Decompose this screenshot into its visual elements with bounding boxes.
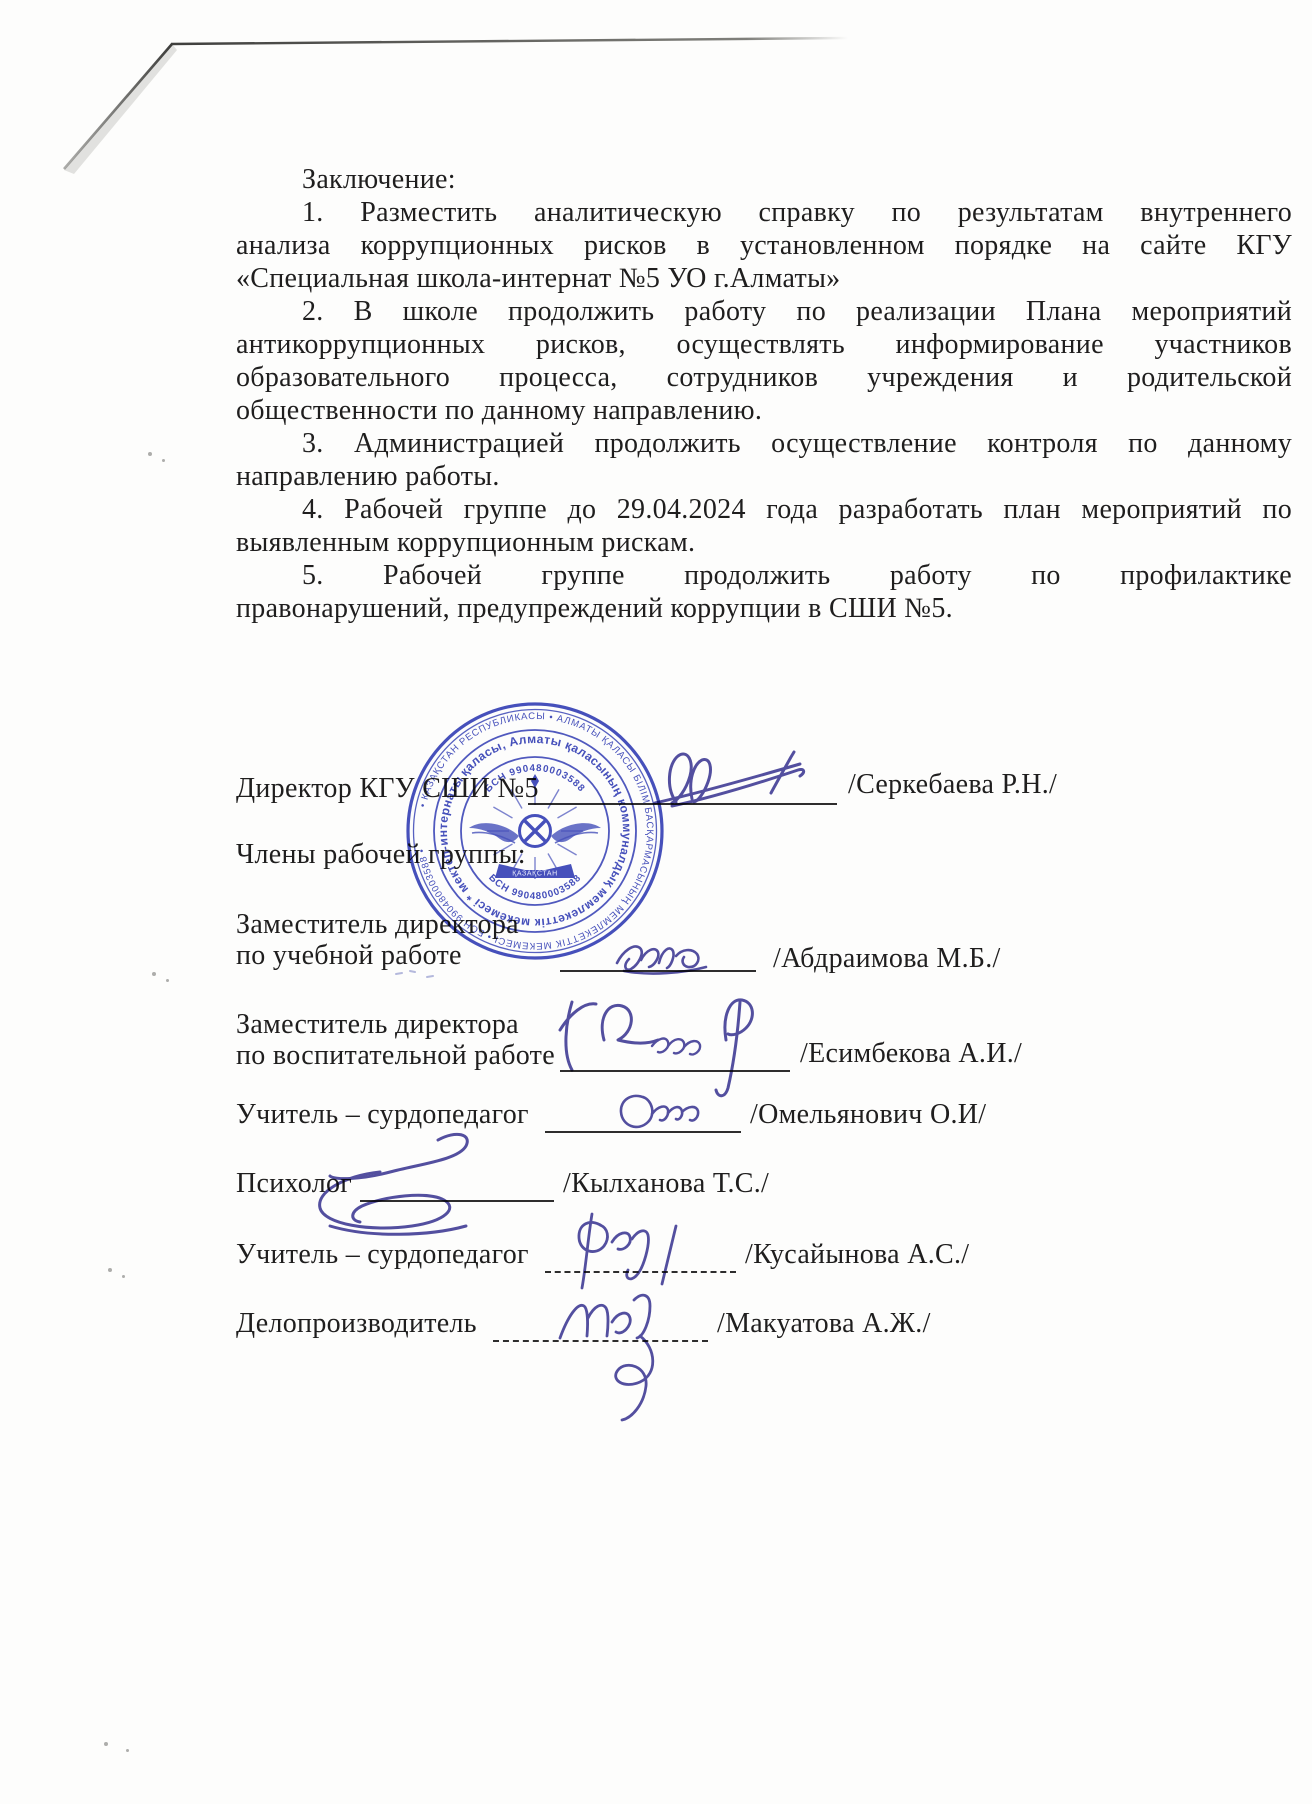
row1-title: Заместитель директорапо учебной работе — [236, 909, 519, 971]
row4-title: Психолог — [236, 1168, 352, 1199]
paragraph-5: 5. Рабочей группе продолжить работу по п… — [236, 559, 1292, 625]
paragraph-line: антикоррупционных рисков, осуществлять и… — [236, 328, 1292, 361]
row6-name: /Макуатова А.Ж./ — [717, 1308, 931, 1339]
row2-title-line1: Заместитель директора — [236, 1009, 519, 1040]
row4-name: /Кылханова Т.С./ — [563, 1168, 769, 1199]
row3-signature-line — [545, 1131, 741, 1133]
row6-title: Делопроизводитель — [236, 1308, 477, 1339]
scan-speck — [152, 972, 156, 976]
row1-title-line2: по учебной работе — [236, 940, 462, 971]
stamp-residue-marks — [396, 971, 433, 977]
paragraph-line: 5. Рабочей группе продолжить работу по п… — [236, 559, 1292, 592]
paragraph-line: анализа коррупционных рисков в установле… — [236, 229, 1292, 262]
row1-signature-line — [560, 970, 756, 972]
paragraph-line: общественности по данному направлению. — [236, 394, 1292, 427]
conclusion-text-block: Заключение: 1. Разместить аналитическую … — [236, 163, 1292, 625]
paragraph-line: образовательного процесса, сотрудников у… — [236, 361, 1292, 394]
signature-kusaiynova — [579, 1214, 676, 1288]
paragraph-4: 4. Рабочей группе до 29.04.2024 года раз… — [236, 493, 1292, 559]
emblem-right-wing — [551, 823, 601, 843]
emblem-banner-text: ҚАЗАҚСТАН — [512, 871, 558, 878]
row5-signature-line — [545, 1271, 736, 1273]
emblem-shanyrak-cross — [526, 822, 545, 841]
scan-speck — [108, 1268, 112, 1272]
paragraph-line: правонарушений, предупреждений коррупции… — [236, 592, 1292, 625]
stamp-bin-bottom: БСН 990480003588 — [486, 872, 584, 902]
paragraph-line: направлению работы. — [236, 460, 1292, 493]
row2-name: /Есимбекова А.И./ — [800, 1038, 1022, 1069]
signature-director — [655, 752, 804, 806]
paragraph-3: 3. Администрацией продолжить осуществлен… — [236, 427, 1292, 493]
row1-name: /Абдраимова М.Б./ — [773, 943, 1001, 974]
conclusion-heading: Заключение: — [236, 163, 1292, 196]
paragraph-line: выявленным коррупционным рискам. — [236, 526, 1292, 559]
director-title: Директор КГУ СШИ №5 — [236, 773, 539, 804]
fold-horizontal-line — [171, 38, 848, 44]
paragraph-line: 3. Администрацией продолжить осуществлен… — [236, 427, 1292, 460]
signature-omelyanovich — [621, 1096, 698, 1127]
scanned-document-page: Заключение: 1. Разместить аналитическую … — [0, 0, 1312, 1804]
row3-title: Учитель – сурдопедагог — [236, 1099, 529, 1130]
scan-speck — [148, 452, 152, 456]
scan-speck — [122, 1275, 125, 1278]
row4-signature-line — [360, 1200, 554, 1202]
row3-name: /Омельянович О.И/ — [750, 1099, 986, 1130]
director-name: /Серкебаева Р.Н./ — [848, 769, 1057, 800]
director-signature-line — [528, 803, 837, 805]
paragraph-2: 2. В школе продолжить работу по реализац… — [236, 295, 1292, 427]
row2-signature-line — [560, 1070, 790, 1072]
scan-speck — [166, 979, 169, 982]
row5-name: /Кусайынова А.С./ — [745, 1239, 969, 1270]
scan-speck — [126, 1749, 129, 1752]
paragraph-line: 2. В школе продолжить работу по реализац… — [236, 295, 1292, 328]
scan-speck — [162, 459, 165, 462]
row5-title: Учитель – сурдопедагог — [236, 1239, 529, 1270]
row2-title: Заместитель директорапо воспитательной р… — [236, 1009, 555, 1071]
members-heading: Члены рабочей группы: — [236, 839, 526, 870]
signature-esimbekova — [560, 1000, 752, 1096]
row2-title-line2: по воспитательной работе — [236, 1040, 555, 1071]
fold-diagonal-line — [64, 44, 172, 169]
scan-speck — [104, 1742, 108, 1746]
paragraph-line: 4. Рабочей группе до 29.04.2024 года раз… — [236, 493, 1292, 526]
row6-signature-line — [493, 1340, 708, 1342]
paragraph-line: «Специальная школа-интернат №5 УО г.Алма… — [236, 262, 1292, 295]
paragraph-line: 1. Разместить аналитическую справку по р… — [236, 196, 1292, 229]
row1-title-line1: Заместитель директора — [236, 909, 519, 940]
signature-makuatova — [560, 1295, 653, 1420]
paragraph-1: 1. Разместить аналитическую справку по р… — [236, 196, 1292, 295]
stamp-middle-border — [434, 730, 636, 932]
fold-shadow — [64, 44, 177, 174]
